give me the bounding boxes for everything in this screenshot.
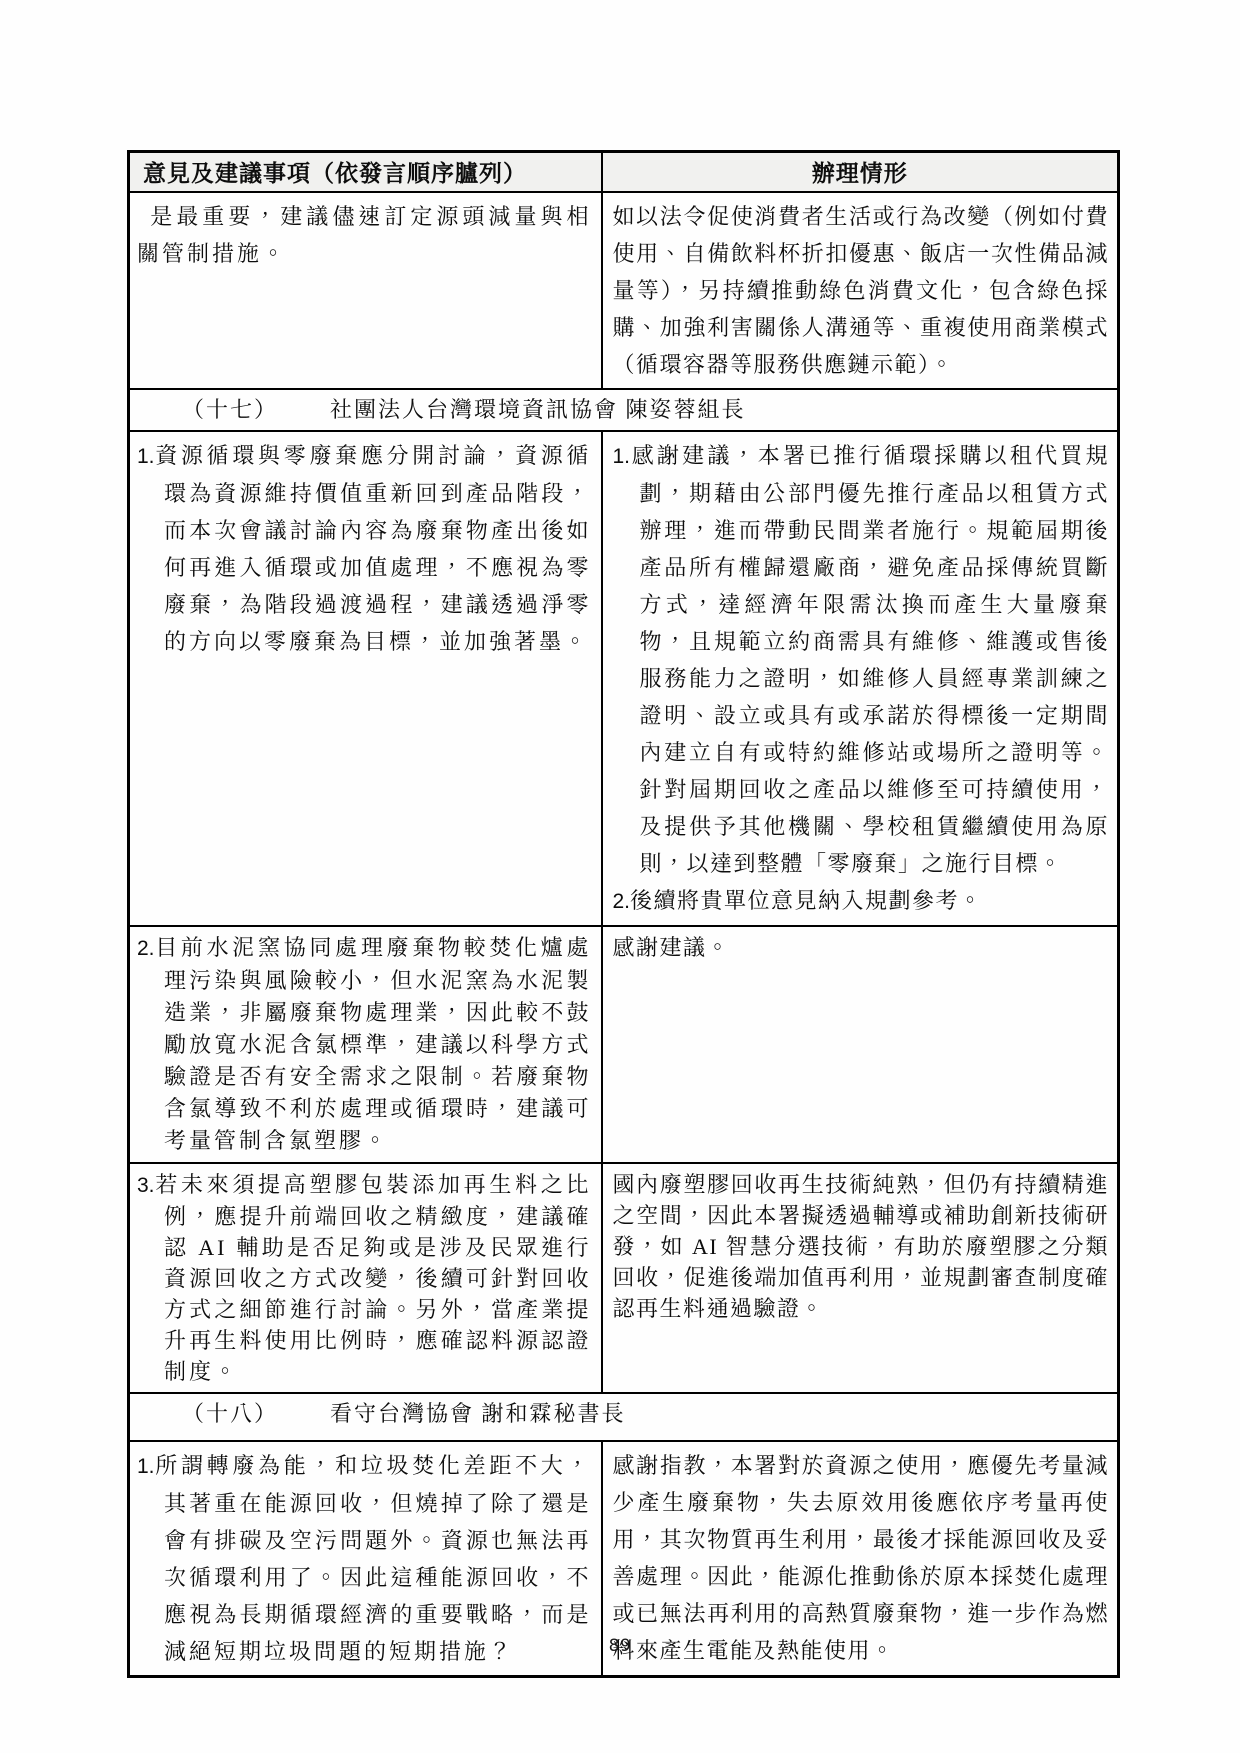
response-cell: 1.感謝建議，本署已推行循環採購以租代買規劃，期藉由公部門優先推行產品以租賃方式… bbox=[602, 431, 1119, 926]
opinion-item: 2.目前水泥窯協同處理廢棄物較焚化爐處理污染與風險較小，但水泥窯為水泥製造業，非… bbox=[137, 932, 592, 1157]
document-page: 意見及建議事項（依發言順序臚列） 辦理情形 是最重要，建議儘速訂定源頭減量與相關… bbox=[0, 0, 1240, 1753]
response-text: 後續將貴單位意見納入規劃參考。 bbox=[630, 888, 983, 913]
opinion-text: 是最重要，建議儘速訂定源頭減量與相關管制措施。 bbox=[137, 198, 592, 272]
header-handling-column: 辦理情形 bbox=[602, 152, 1119, 192]
row-17-1: 1.資源循環與零廢棄應分開討論，資源循環為資源維持價值重新回到產品階段，而本次會… bbox=[129, 431, 1119, 926]
opinion-cell: 2.目前水泥窯協同處理廢棄物較焚化爐處理污染與風險較小，但水泥窯為水泥製造業，非… bbox=[129, 926, 602, 1163]
opinion-text: 所謂轉廢為能，和垃圾焚化差距不大，其著重在能源回收，但燒掉了除了還是會有排碳及空… bbox=[155, 1453, 592, 1664]
opinion-cell: 3.若未來須提高塑膠包裝添加再生料之比例，應提升前端回收之精緻度，建議確認 AI… bbox=[129, 1163, 602, 1393]
opinion-item: 3.若未來須提高塑膠包裝添加再生料之比例，應提升前端回收之精緻度，建議確認 AI… bbox=[137, 1169, 592, 1387]
item-number: 1. bbox=[613, 445, 631, 468]
header-opinions-column: 意見及建議事項（依發言順序臚列） bbox=[129, 152, 602, 192]
response-item: 2.後續將貴單位意見納入規劃參考。 bbox=[613, 882, 1110, 920]
response-cell: 感謝建議。 bbox=[602, 926, 1119, 1163]
section-label: （十七） bbox=[182, 390, 278, 430]
row-17-2: 2.目前水泥窯協同處理廢棄物較焚化爐處理污染與風險較小，但水泥窯為水泥製造業，非… bbox=[129, 926, 1119, 1163]
comments-table: 意見及建議事項（依發言順序臚列） 辦理情形 是最重要，建議儘速訂定源頭減量與相關… bbox=[127, 150, 1120, 1678]
opinion-cell: 是最重要，建議儘速訂定源頭減量與相關管制措施。 bbox=[129, 192, 602, 389]
row-continuation: 是最重要，建議儘速訂定源頭減量與相關管制措施。 如以法令促使消費者生活或行為改變… bbox=[129, 192, 1119, 389]
opinion-cell: 1.資源循環與零廢棄應分開討論，資源循環為資源維持價值重新回到產品階段，而本次會… bbox=[129, 431, 602, 926]
item-number: 3. bbox=[137, 1174, 155, 1197]
section-row-17: （十七）社團法人台灣環境資訊協會 陳姿蓉組長 bbox=[129, 389, 1119, 431]
response-cell: 國內廢塑膠回收再生技術純熟，但仍有持續精進之空間，因此本署擬透過輔導或補助創新技… bbox=[602, 1163, 1119, 1393]
opinion-text: 若未來須提高塑膠包裝添加再生料之比例，應提升前端回收之精緻度，建議確認 AI 輔… bbox=[155, 1172, 592, 1384]
row-17-3: 3.若未來須提高塑膠包裝添加再生料之比例，應提升前端回收之精緻度，建議確認 AI… bbox=[129, 1163, 1119, 1393]
item-number: 1. bbox=[137, 445, 155, 468]
section-row-18: （十八）看守台灣協會 謝和霖秘書長 bbox=[129, 1393, 1119, 1441]
response-text: 如以法令促使消費者生活或行為改變（例如付費使用、自備飲料杯折扣優惠、飯店一次性備… bbox=[613, 198, 1110, 383]
opinion-item: 1.資源循環與零廢棄應分開討論，資源循環為資源維持價值重新回到產品階段，而本次會… bbox=[137, 437, 592, 660]
section-label: （十八） bbox=[182, 1394, 278, 1434]
response-text: 感謝建議。 bbox=[613, 932, 1110, 964]
item-number: 2. bbox=[613, 890, 631, 913]
item-number: 1. bbox=[137, 1455, 155, 1478]
opinion-text: 目前水泥窯協同處理廢棄物較焚化爐處理污染與風險較小，但水泥窯為水泥製造業，非屬廢… bbox=[155, 935, 592, 1153]
response-cell: 如以法令促使消費者生活或行為改變（例如付費使用、自備飲料杯折扣優惠、飯店一次性備… bbox=[602, 192, 1119, 389]
table-header-row: 意見及建議事項（依發言順序臚列） 辦理情形 bbox=[129, 152, 1119, 192]
response-text: 感謝建議，本署已推行循環採購以租代買規劃，期藉由公部門優先推行產品以租賃方式辦理… bbox=[630, 443, 1109, 876]
response-text: 國內廢塑膠回收再生技術純熟，但仍有持續精進之空間，因此本署擬透過輔導或補助創新技… bbox=[613, 1169, 1110, 1324]
section-speaker: 社團法人台灣環境資訊協會 陳姿蓉組長 bbox=[330, 390, 746, 430]
page-number: 89 bbox=[0, 1636, 1240, 1656]
section-cell: （十七）社團法人台灣環境資訊協會 陳姿蓉組長 bbox=[129, 389, 1119, 431]
section-speaker: 看守台灣協會 謝和霖秘書長 bbox=[330, 1394, 626, 1434]
item-number: 2. bbox=[137, 937, 155, 960]
section-cell: （十八）看守台灣協會 謝和霖秘書長 bbox=[129, 1393, 1119, 1441]
opinion-text: 資源循環與零廢棄應分開討論，資源循環為資源維持價值重新回到產品階段，而本次會議討… bbox=[155, 443, 592, 654]
response-item: 1.感謝建議，本署已推行循環採購以租代買規劃，期藉由公部門優先推行產品以租賃方式… bbox=[613, 437, 1110, 882]
